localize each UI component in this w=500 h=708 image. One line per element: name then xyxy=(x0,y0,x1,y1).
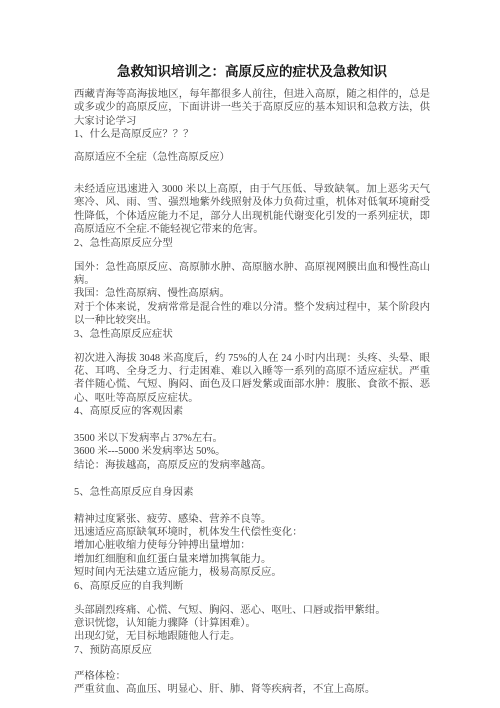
section-4-stat-1: 3500 米以下发病率占 37%左右。 xyxy=(74,432,430,445)
section-2-paragraph: 对于个体来说，发病常常是混合性的难以分清。整个发病过程中，某个阶段内以一种比较突… xyxy=(74,301,430,328)
section-4-heading: 4、高原反应的客观因素 xyxy=(74,405,430,418)
section-7-heading: 7、预防高原反应 xyxy=(74,644,430,657)
section-7-line-1: 严格体检： xyxy=(74,670,430,683)
section-1-paragraph: 未经适应迅速进入 3000 米以上高原，由于气压低、导致缺氧。加上恶劣天气 寒冷… xyxy=(74,183,430,237)
section-5-line-2: 迅速适应高原缺氧环境时，机体发生代偿性变化： xyxy=(74,526,430,539)
section-1-heading: 1、什么是高原反应？？？ xyxy=(74,128,430,141)
section-5-line-5: 短时间内无法建立适应能力，极易高原反应。 xyxy=(74,566,430,579)
section-5-line-3: 增加心脏收缩力使每分钟搏出量增加： xyxy=(74,539,430,552)
section-6-line-1: 头部剧烈疼痛、心慌、气短、胸闷、恶心、呕吐、口唇或指甲紫绀。 xyxy=(74,604,430,617)
section-5-line-1: 精神过度紧张、疲劳、感染、营养不良等。 xyxy=(74,513,430,526)
section-6-line-3: 出现幻觉，无目标地跟随他人行走。 xyxy=(74,630,430,643)
section-2-line-abroad: 国外：急性高原反应、高原肺水肿、高原脑水肿、高原视网膜出血和慢性高山病。 xyxy=(74,261,430,288)
section-3-heading: 3、急性高原反应症状 xyxy=(74,328,430,341)
section-6-heading: 6、高原反应的自我判断 xyxy=(74,580,430,593)
document-page: 急救知识培训之：高原反应的症状及急救知识 西藏青海等高海拔地区，每年都很多人前往… xyxy=(0,0,500,708)
section-7-line-2: 严重贫血、高血压、明显心、肝、肺、肾等疾病者，不宜上高原。 xyxy=(74,683,430,696)
section-2-heading: 2、急性高原反应分型 xyxy=(74,237,430,250)
doc-title: 急救知识培训之：高原反应的症状及急救知识 xyxy=(74,62,430,81)
section-4-conclusion: 结论：海拔越高，高原反应的发病率越高。 xyxy=(74,459,430,472)
section-5-line-4: 增加红细胞和血红蛋白量来增加携氧能力。 xyxy=(74,553,430,566)
section-4-stat-2: 3600 米---5000 米发病率达 50%。 xyxy=(74,445,430,458)
section-2-line-domestic: 我国：急性高原病、慢性高原病。 xyxy=(74,287,430,300)
section-3-paragraph: 初次进入海拔 3048 米高度后，约 75%的人在 24 小时内出现：头疼、头晕… xyxy=(74,352,430,406)
section-1-subtitle: 高原适应不全症（急性高原反应） xyxy=(74,151,430,164)
intro-paragraph: 西藏青海等高海拔地区，每年都很多人前往，但进入高原，随之相伴的，总是或多或少的高… xyxy=(74,88,430,128)
document-content: 急救知识培训之：高原反应的症状及急救知识 西藏青海等高海拔地区，每年都很多人前往… xyxy=(0,0,500,697)
section-6-line-2: 意识恍惚，认知能力骤降（计算困难）。 xyxy=(74,617,430,630)
section-5-heading: 5、急性高原反应自身因素 xyxy=(74,486,430,499)
